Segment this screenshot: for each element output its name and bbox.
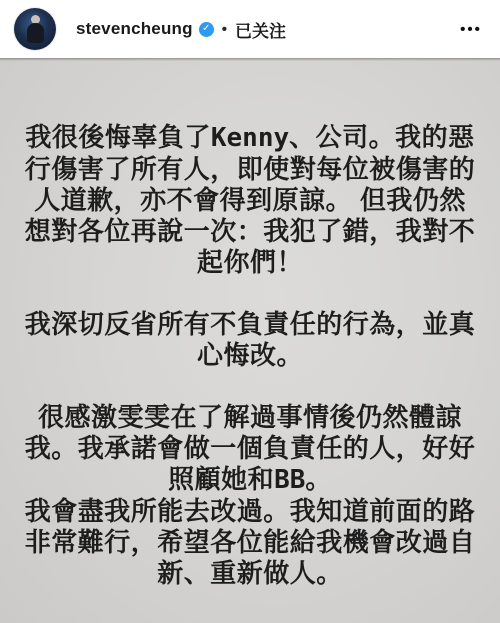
- text-line: 行傷害了所有人，即使對每位被傷害的: [0, 154, 500, 185]
- text-line: 人道歉，亦不會得到原諒。 但我仍然: [0, 185, 500, 216]
- text-line: 我。我承諾會做一個負責任的人，好好: [0, 433, 500, 464]
- text-line: 照顧她和BB。: [0, 464, 500, 496]
- text-line: 很感激雯雯在了解過事情後仍然體諒: [0, 402, 500, 433]
- text-line: 我會盡我所能去改過。我知道前面的路: [0, 496, 500, 527]
- text-line: 非常難行，希望各位能給我機會改過自: [0, 527, 500, 558]
- text-line: 我很後悔辜負了Kenny、公司。我的惡: [0, 122, 500, 154]
- latin-text: BB: [274, 465, 305, 495]
- text-line: 我深切反省所有不負責任的行為，並真: [0, 309, 500, 340]
- text-line: 想對各位再說一次：我犯了錯，我對不: [0, 216, 500, 247]
- text-line: 起你們！: [0, 247, 500, 278]
- avatar[interactable]: [14, 8, 56, 50]
- more-options-icon[interactable]: •••: [454, 17, 488, 41]
- apology-text: 我很後悔辜負了Kenny、公司。我的惡 行傷害了所有人，即使對每位被傷害的 人道…: [0, 122, 500, 589]
- separator-dot: •: [222, 21, 227, 38]
- avatar-figure-body: [27, 23, 44, 43]
- post-image[interactable]: 我很後悔辜負了Kenny、公司。我的惡 行傷害了所有人，即使對每位被傷害的 人道…: [0, 58, 500, 623]
- apology-paragraph-2: 我深切反省所有不負責任的行為，並真 心悔改。: [0, 309, 500, 371]
- text-line: 新、重新做人。: [0, 558, 500, 589]
- latin-text: Kenny: [211, 123, 289, 153]
- apology-paragraph-3: 很感激雯雯在了解過事情後仍然體諒 我。我承諾會做一個負責任的人，好好 照顧她和B…: [0, 402, 500, 589]
- username[interactable]: stevencheung: [76, 19, 193, 39]
- text-line: 心悔改。: [0, 340, 500, 371]
- verified-badge-icon: ✓: [199, 22, 214, 37]
- post-header: stevencheung ✓ • 已关注 •••: [0, 0, 500, 58]
- following-button[interactable]: 已关注: [235, 17, 286, 42]
- apology-paragraph-1: 我很後悔辜負了Kenny、公司。我的惡 行傷害了所有人，即使對每位被傷害的 人道…: [0, 122, 500, 278]
- header-text: stevencheung ✓ • 已关注: [76, 17, 286, 42]
